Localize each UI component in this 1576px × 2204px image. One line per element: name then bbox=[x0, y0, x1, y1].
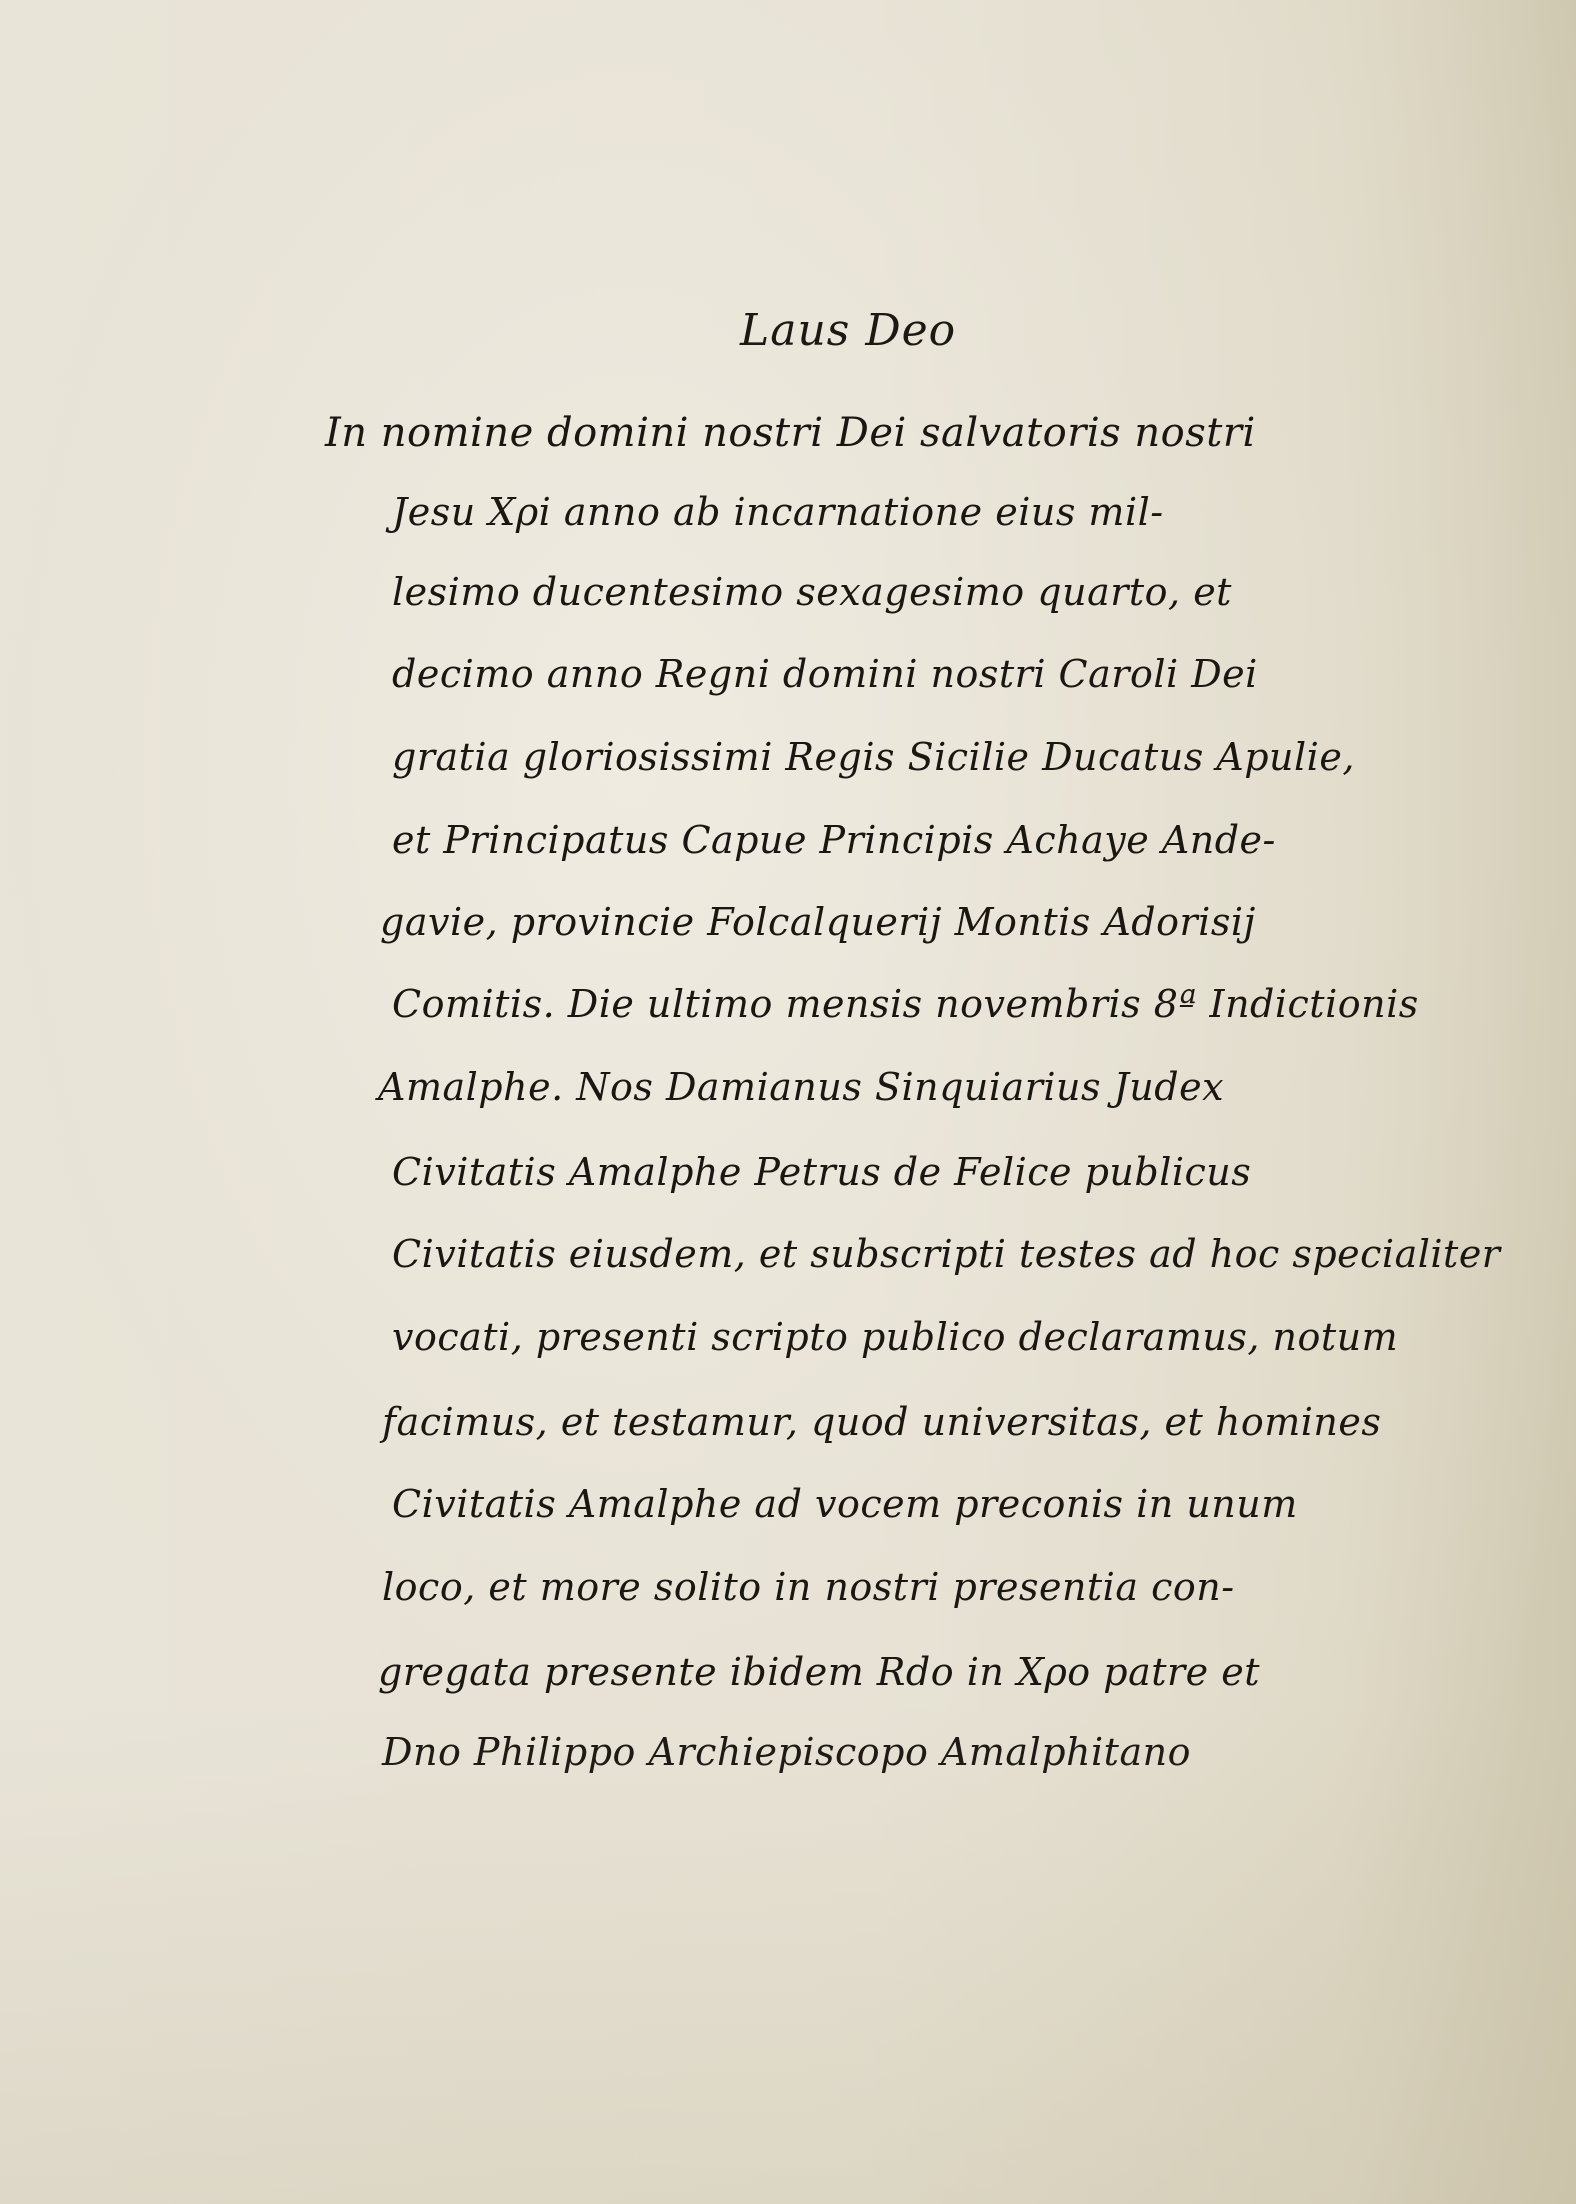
manuscript-line: gavie, provincie Folcalquerij Montis Ado… bbox=[380, 900, 1256, 944]
manuscript-page: Laus Deo In nomine domini nostri Dei sal… bbox=[0, 0, 1576, 2204]
manuscript-line: Dno Philippo Archiepiscopo Amalphitano bbox=[382, 1730, 1191, 1774]
manuscript-line: vocati, presenti scripto publico declara… bbox=[392, 1315, 1398, 1359]
manuscript-line: Jesu Xρi anno ab incarnatione eius mil- bbox=[392, 490, 1164, 534]
manuscript-line: Civitatis Amalphe Petrus de Felice publi… bbox=[392, 1150, 1251, 1194]
manuscript-line: Civitatis Amalphe ad vocem preconis in u… bbox=[392, 1482, 1298, 1526]
manuscript-line: et Principatus Capue Principis Achaye An… bbox=[392, 818, 1276, 862]
document-title: Laus Deo bbox=[740, 305, 956, 356]
manuscript-line: facimus, et testamur, quod universitas, … bbox=[382, 1400, 1381, 1444]
manuscript-line: gregata presente ibidem Rdo in Xρo patre… bbox=[378, 1650, 1260, 1694]
manuscript-line: loco, et more solito in nostri presentia… bbox=[382, 1565, 1235, 1609]
manuscript-line: Civitatis eiusdem, et subscripti testes … bbox=[392, 1232, 1500, 1276]
manuscript-line: lesimo ducentesimo sexagesimo quarto, et bbox=[392, 570, 1232, 614]
manuscript-line: In nomine domini nostri Dei salvatoris n… bbox=[325, 410, 1256, 456]
manuscript-line: decimo anno Regni domini nostri Caroli D… bbox=[392, 652, 1258, 696]
manuscript-line: gratia gloriosissimi Regis Sicilie Ducat… bbox=[392, 735, 1355, 779]
manuscript-line: Amalphe. Nos Damianus Sinquiarius Judex bbox=[378, 1065, 1224, 1109]
manuscript-line: Comitis. Die ultimo mensis novembris 8ª … bbox=[392, 982, 1419, 1026]
